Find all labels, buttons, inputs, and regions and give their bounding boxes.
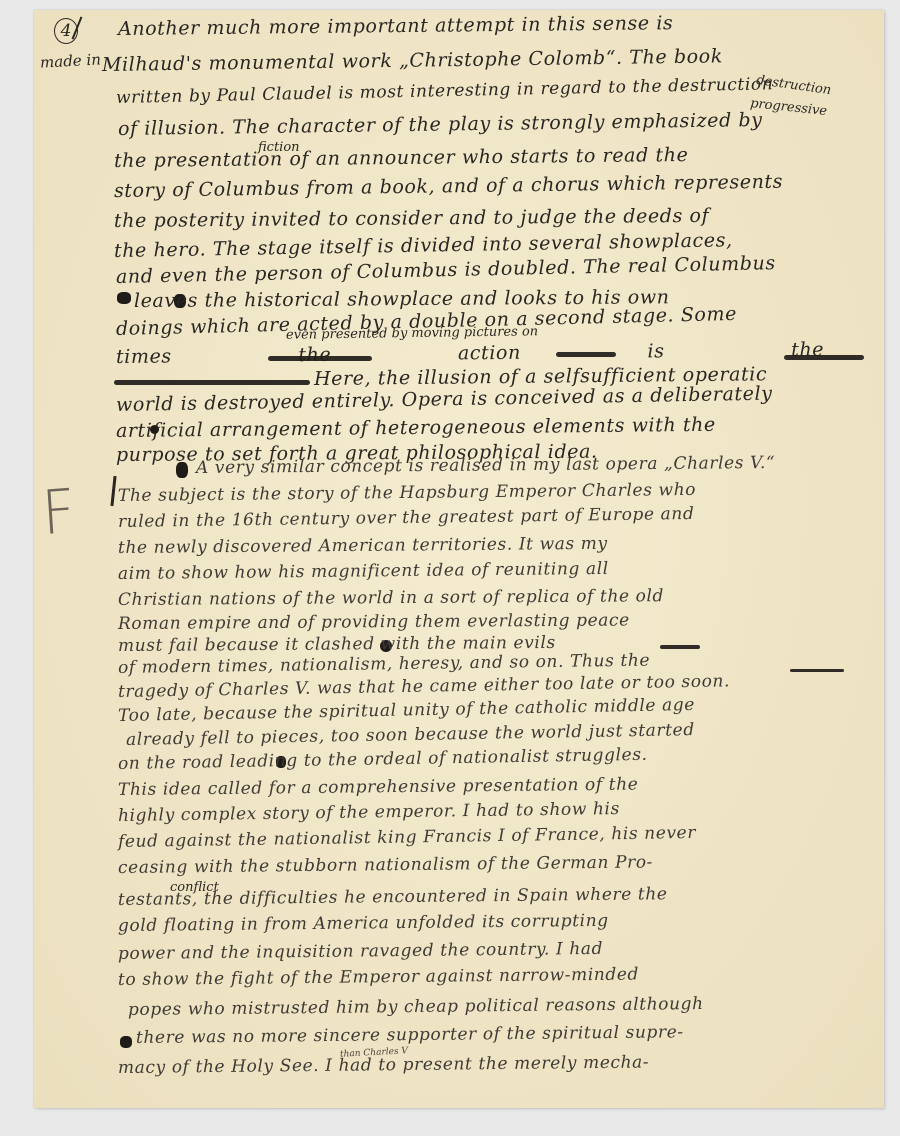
text-line: Roman empire and of providing them everl… bbox=[118, 610, 630, 634]
strikethrough bbox=[660, 645, 700, 649]
ink-blot bbox=[120, 1036, 132, 1048]
strikethrough bbox=[268, 356, 372, 361]
text-line: Christian nations of the world in a sort… bbox=[118, 586, 664, 610]
ink-blot bbox=[150, 425, 159, 434]
strikethrough bbox=[114, 380, 310, 385]
strikethrough bbox=[784, 355, 864, 360]
strikethrough bbox=[556, 352, 616, 357]
margin-note-made-in: made in bbox=[40, 50, 102, 71]
margin-pencil-bracket-f: F bbox=[40, 475, 78, 549]
strikethrough bbox=[790, 669, 844, 672]
text-line: the newly discovered American territorie… bbox=[118, 534, 608, 558]
ink-blot bbox=[176, 462, 188, 478]
ink-blot bbox=[117, 292, 131, 304]
